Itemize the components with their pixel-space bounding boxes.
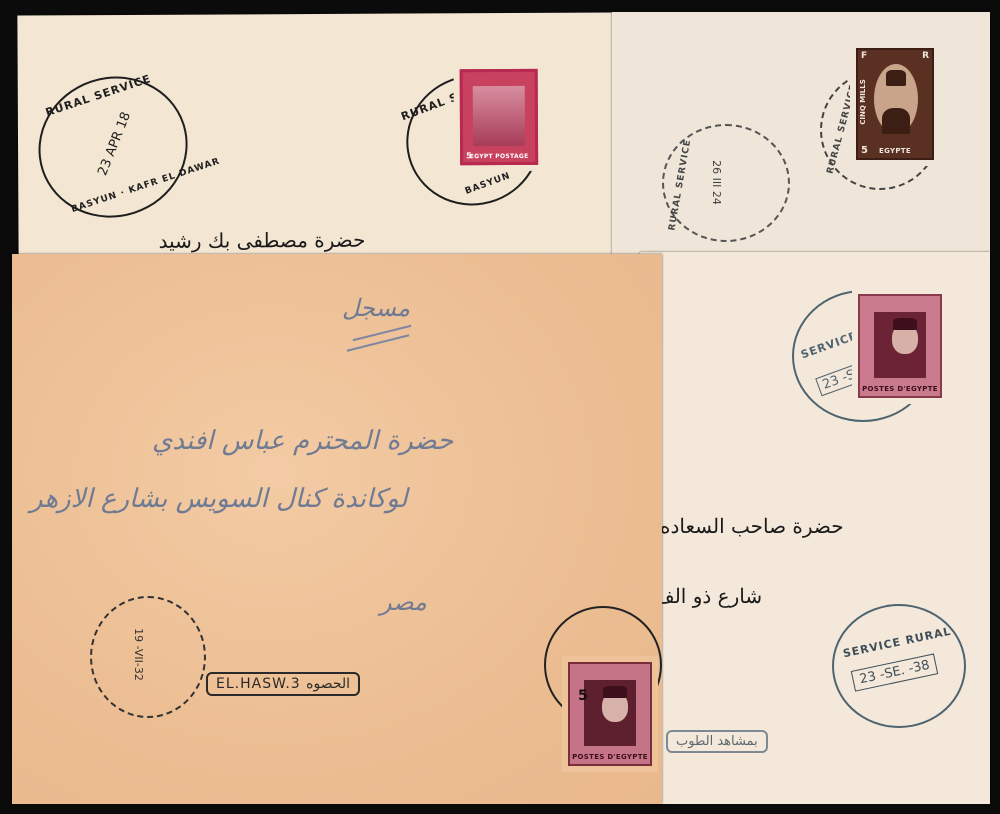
stamp-king-fuad: F R CINQ MILLS 5 EGYPTE	[850, 42, 940, 166]
postmark-rural-service: 26 III 24 RURAL SERVICE	[662, 124, 790, 242]
cover-4: مسجل حضرة المحترم عباس افندي لوكاندة كنا…	[12, 254, 662, 804]
postmark-circular: 19 -VII-32	[90, 596, 206, 718]
postmark-date: 26 III 24	[710, 160, 723, 205]
fez-icon	[893, 318, 917, 330]
stamp-label: EGYPTE	[858, 147, 932, 155]
postmark-top-text: SERVICE RURAL	[842, 625, 953, 661]
cover-3: SERVICE RURAL 23 -SE. -38 POSTES D'EGYPT…	[640, 252, 990, 804]
postmark-bottom-text: BASYUN	[464, 171, 512, 197]
postmark-date: 23 APR 18	[95, 110, 134, 178]
stamp-label: CINQ MILLS	[859, 79, 867, 125]
cachet-box: بمشاهد الطوب	[666, 730, 768, 753]
stamp-king-farouk: 5 POSTES D'EGYPTE	[562, 656, 658, 772]
pencil-underline	[347, 334, 410, 351]
recipient-address-line-1: حضرة المحترم عباس افندي	[152, 426, 453, 456]
postmark-top-text: RURAL SERVICE	[44, 72, 153, 119]
stamp-value: 5	[466, 151, 472, 160]
king-portrait	[584, 680, 636, 746]
stamp-value: 5	[578, 688, 588, 704]
stamp-label: EGYPT POSTAGE	[463, 153, 535, 160]
cover-2: 26 III 24 RURAL SERVICE RURAL SERVICE F …	[612, 12, 990, 262]
fez-icon	[603, 686, 627, 698]
fez-icon	[886, 70, 906, 86]
postmark-top-text: RURAL SERVICE	[667, 139, 693, 232]
postmark-date: 23 -SE. -38	[851, 653, 939, 691]
king-portrait	[874, 312, 926, 378]
cover-1: RURAL SERVICE 23 APR 18 BASYUN · KAFR EL…	[17, 12, 614, 259]
cachet-box: EL.HASW.3 الحصوه	[206, 672, 360, 696]
recipient-address-line-1: حضرة صاحب السعاده	[660, 514, 844, 538]
postmark-bottom-text: BASYUN · KAFR EL DAWAR	[70, 156, 221, 214]
postmark-date: 19 -VII-32	[132, 628, 145, 681]
recipient-address-line-2: شارع ذو الف	[654, 584, 762, 608]
postmark-rural-service: RURAL SERVICE 23 APR 18 BASYUN · KAFR EL…	[20, 57, 206, 237]
recipient-address-line-2: لوكاندة كنال السويس بشارع الازهر	[30, 484, 408, 514]
stamp-sphinx: EGYPT POSTAGE 5	[454, 63, 545, 171]
recipient-address-line-3: مصر	[380, 588, 427, 616]
king-portrait	[874, 64, 918, 134]
stamp-king-farouk: POSTES D'EGYPTE	[852, 288, 948, 404]
sphinx-image	[473, 86, 525, 146]
registered-note: مسجل	[342, 294, 410, 322]
pencil-underline	[353, 325, 412, 341]
postmark-service-rural: SERVICE RURAL 23 -SE. -38	[832, 604, 966, 728]
stamp-label: POSTES D'EGYPTE	[860, 385, 940, 393]
stamp-label: POSTES D'EGYPTE	[570, 753, 650, 761]
stamp-corner-letter: R	[922, 51, 929, 61]
stamp-corner-letter: F	[861, 51, 867, 61]
recipient-address: حضرة مصطفى بك رشيد	[158, 228, 365, 253]
